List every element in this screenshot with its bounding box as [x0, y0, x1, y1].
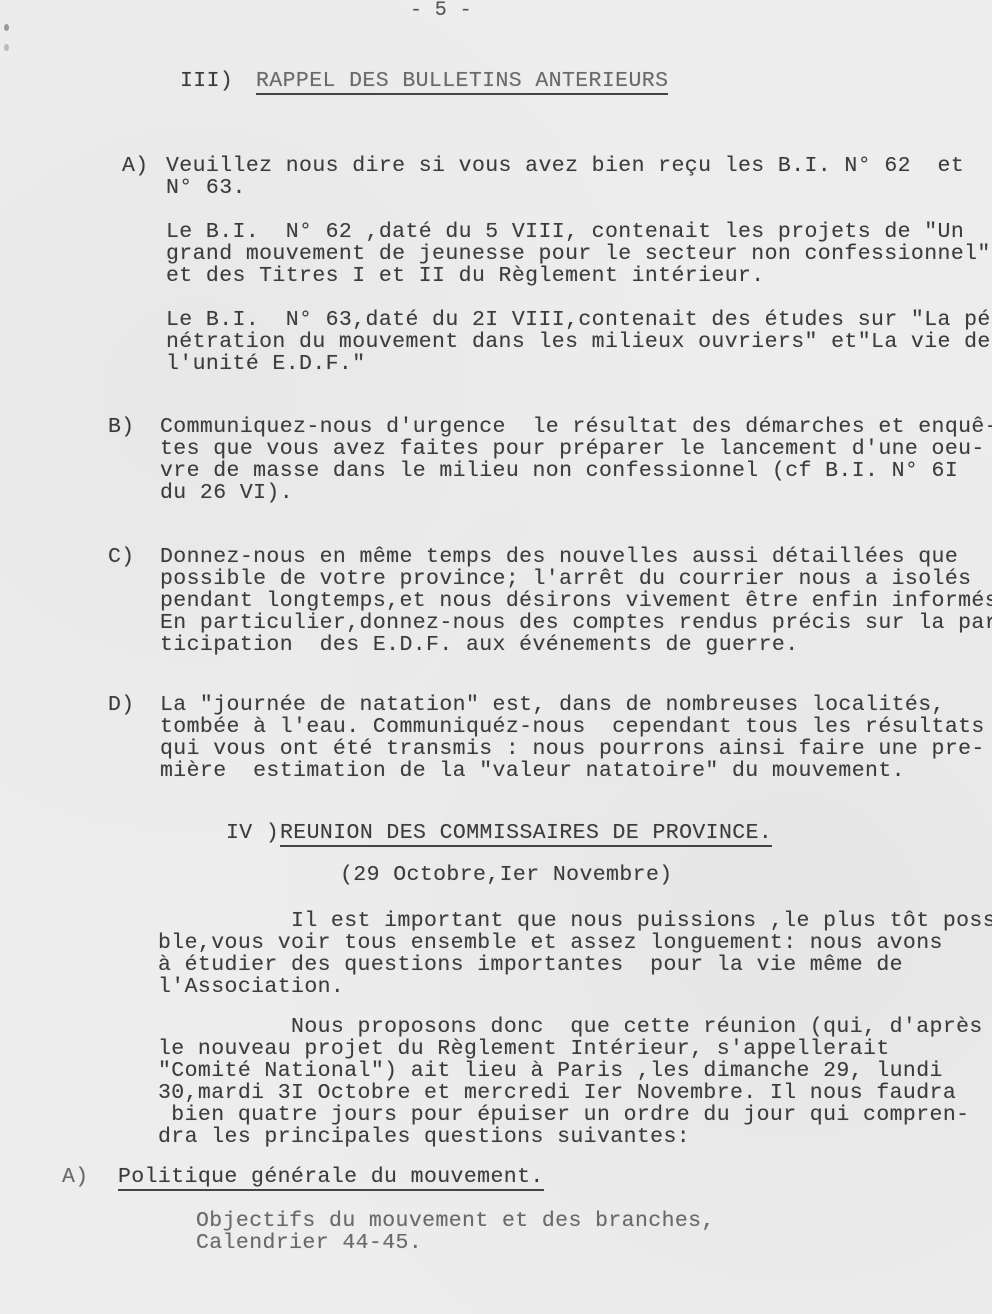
text-line: Le B.I. N° 62 ,daté du 5 VIII, contenait…: [166, 221, 964, 243]
text-line: du 26 VI).: [160, 482, 293, 504]
text-line: nétration du mouvement dans les milieux …: [166, 331, 991, 353]
section-number: III): [180, 70, 233, 92]
text-line: bien quatre jours pour épuiser un ordre …: [158, 1104, 969, 1126]
text-line: Calendrier 44-45.: [196, 1232, 422, 1254]
text-line: "Comité National") ait lieu à Paris ,les…: [158, 1060, 943, 1082]
section-title: REUNION DES COMMISSAIRES DE PROVINCE.: [280, 822, 772, 847]
text-line: qui vous ont été transmis : nous pourron…: [160, 738, 985, 760]
topic-label: A): [62, 1166, 89, 1188]
margin-mark: [4, 24, 9, 31]
typewritten-page: - 5 - III) RAPPEL DES BULLETINS ANTERIEU…: [0, 0, 992, 1314]
text-line: La "journée de natation" est, dans de no…: [160, 694, 945, 716]
text-line: Donnez-nous en même temps des nouvelles …: [160, 546, 958, 568]
text-line: dra les principales questions suivantes:: [158, 1126, 690, 1148]
page-number: - 5 -: [410, 0, 472, 22]
section-number: IV ): [226, 822, 279, 844]
text-line: N° 63.: [166, 177, 246, 199]
section-title: RAPPEL DES BULLETINS ANTERIEURS: [256, 70, 668, 95]
item-label: B): [108, 416, 135, 438]
text-line: 30,mardi 3I Octobre et mercredi Ier Nove…: [158, 1082, 956, 1104]
text-line: Objectifs du mouvement et des branches,: [196, 1210, 715, 1232]
margin-mark: [4, 44, 9, 51]
text-line: pendant longtemps,et nous désirons vivem…: [160, 590, 992, 612]
item-label: A): [122, 155, 149, 177]
text-line: ble,vous voir tous ensemble et assez lon…: [158, 932, 943, 954]
text-line: tombée à l'eau. Communiquéz-nous cependa…: [160, 716, 985, 738]
text-line: Communiquez-nous d'urgence le résultat d…: [160, 416, 992, 438]
text-line: le nouveau projet du Règlement Intérieur…: [158, 1038, 890, 1060]
text-line: ticipation des E.D.F. aux événements de …: [160, 634, 799, 656]
text-line: mière estimation de la "valeur natatoire…: [160, 760, 905, 782]
item-label: D): [108, 694, 135, 716]
text-line: Il est important que nous puissions ,le …: [158, 910, 992, 932]
text-line: grand mouvement de jeunesse pour le sect…: [166, 243, 991, 265]
text-line: En particulier,donnez-nous des comptes r…: [160, 612, 992, 634]
text-line: Nous proposons donc que cette réunion (q…: [158, 1016, 983, 1038]
text-line: et des Titres I et II du Règlement intér…: [166, 265, 765, 287]
text-line: Le B.I. N° 63,daté du 2I VIII,contenait …: [166, 309, 992, 331]
text-line: Veuillez nous dire si vous avez bien reç…: [166, 155, 964, 177]
section-subtitle: (29 Octobre,Ier Novembre): [340, 864, 673, 886]
topic-title: Politique générale du mouvement.: [118, 1166, 544, 1191]
text-line: tes que vous avez faites pour préparer l…: [160, 438, 985, 460]
text-line: vre de masse dans le milieu non confessi…: [160, 460, 958, 482]
text-line: l'unité E.D.F.": [166, 353, 366, 375]
text-line: à étudier des questions importantes pour…: [158, 954, 903, 976]
item-label: C): [108, 546, 135, 568]
text-line: l'Association.: [158, 976, 344, 998]
text-line: possible de votre province; l'arrêt du c…: [160, 568, 971, 590]
